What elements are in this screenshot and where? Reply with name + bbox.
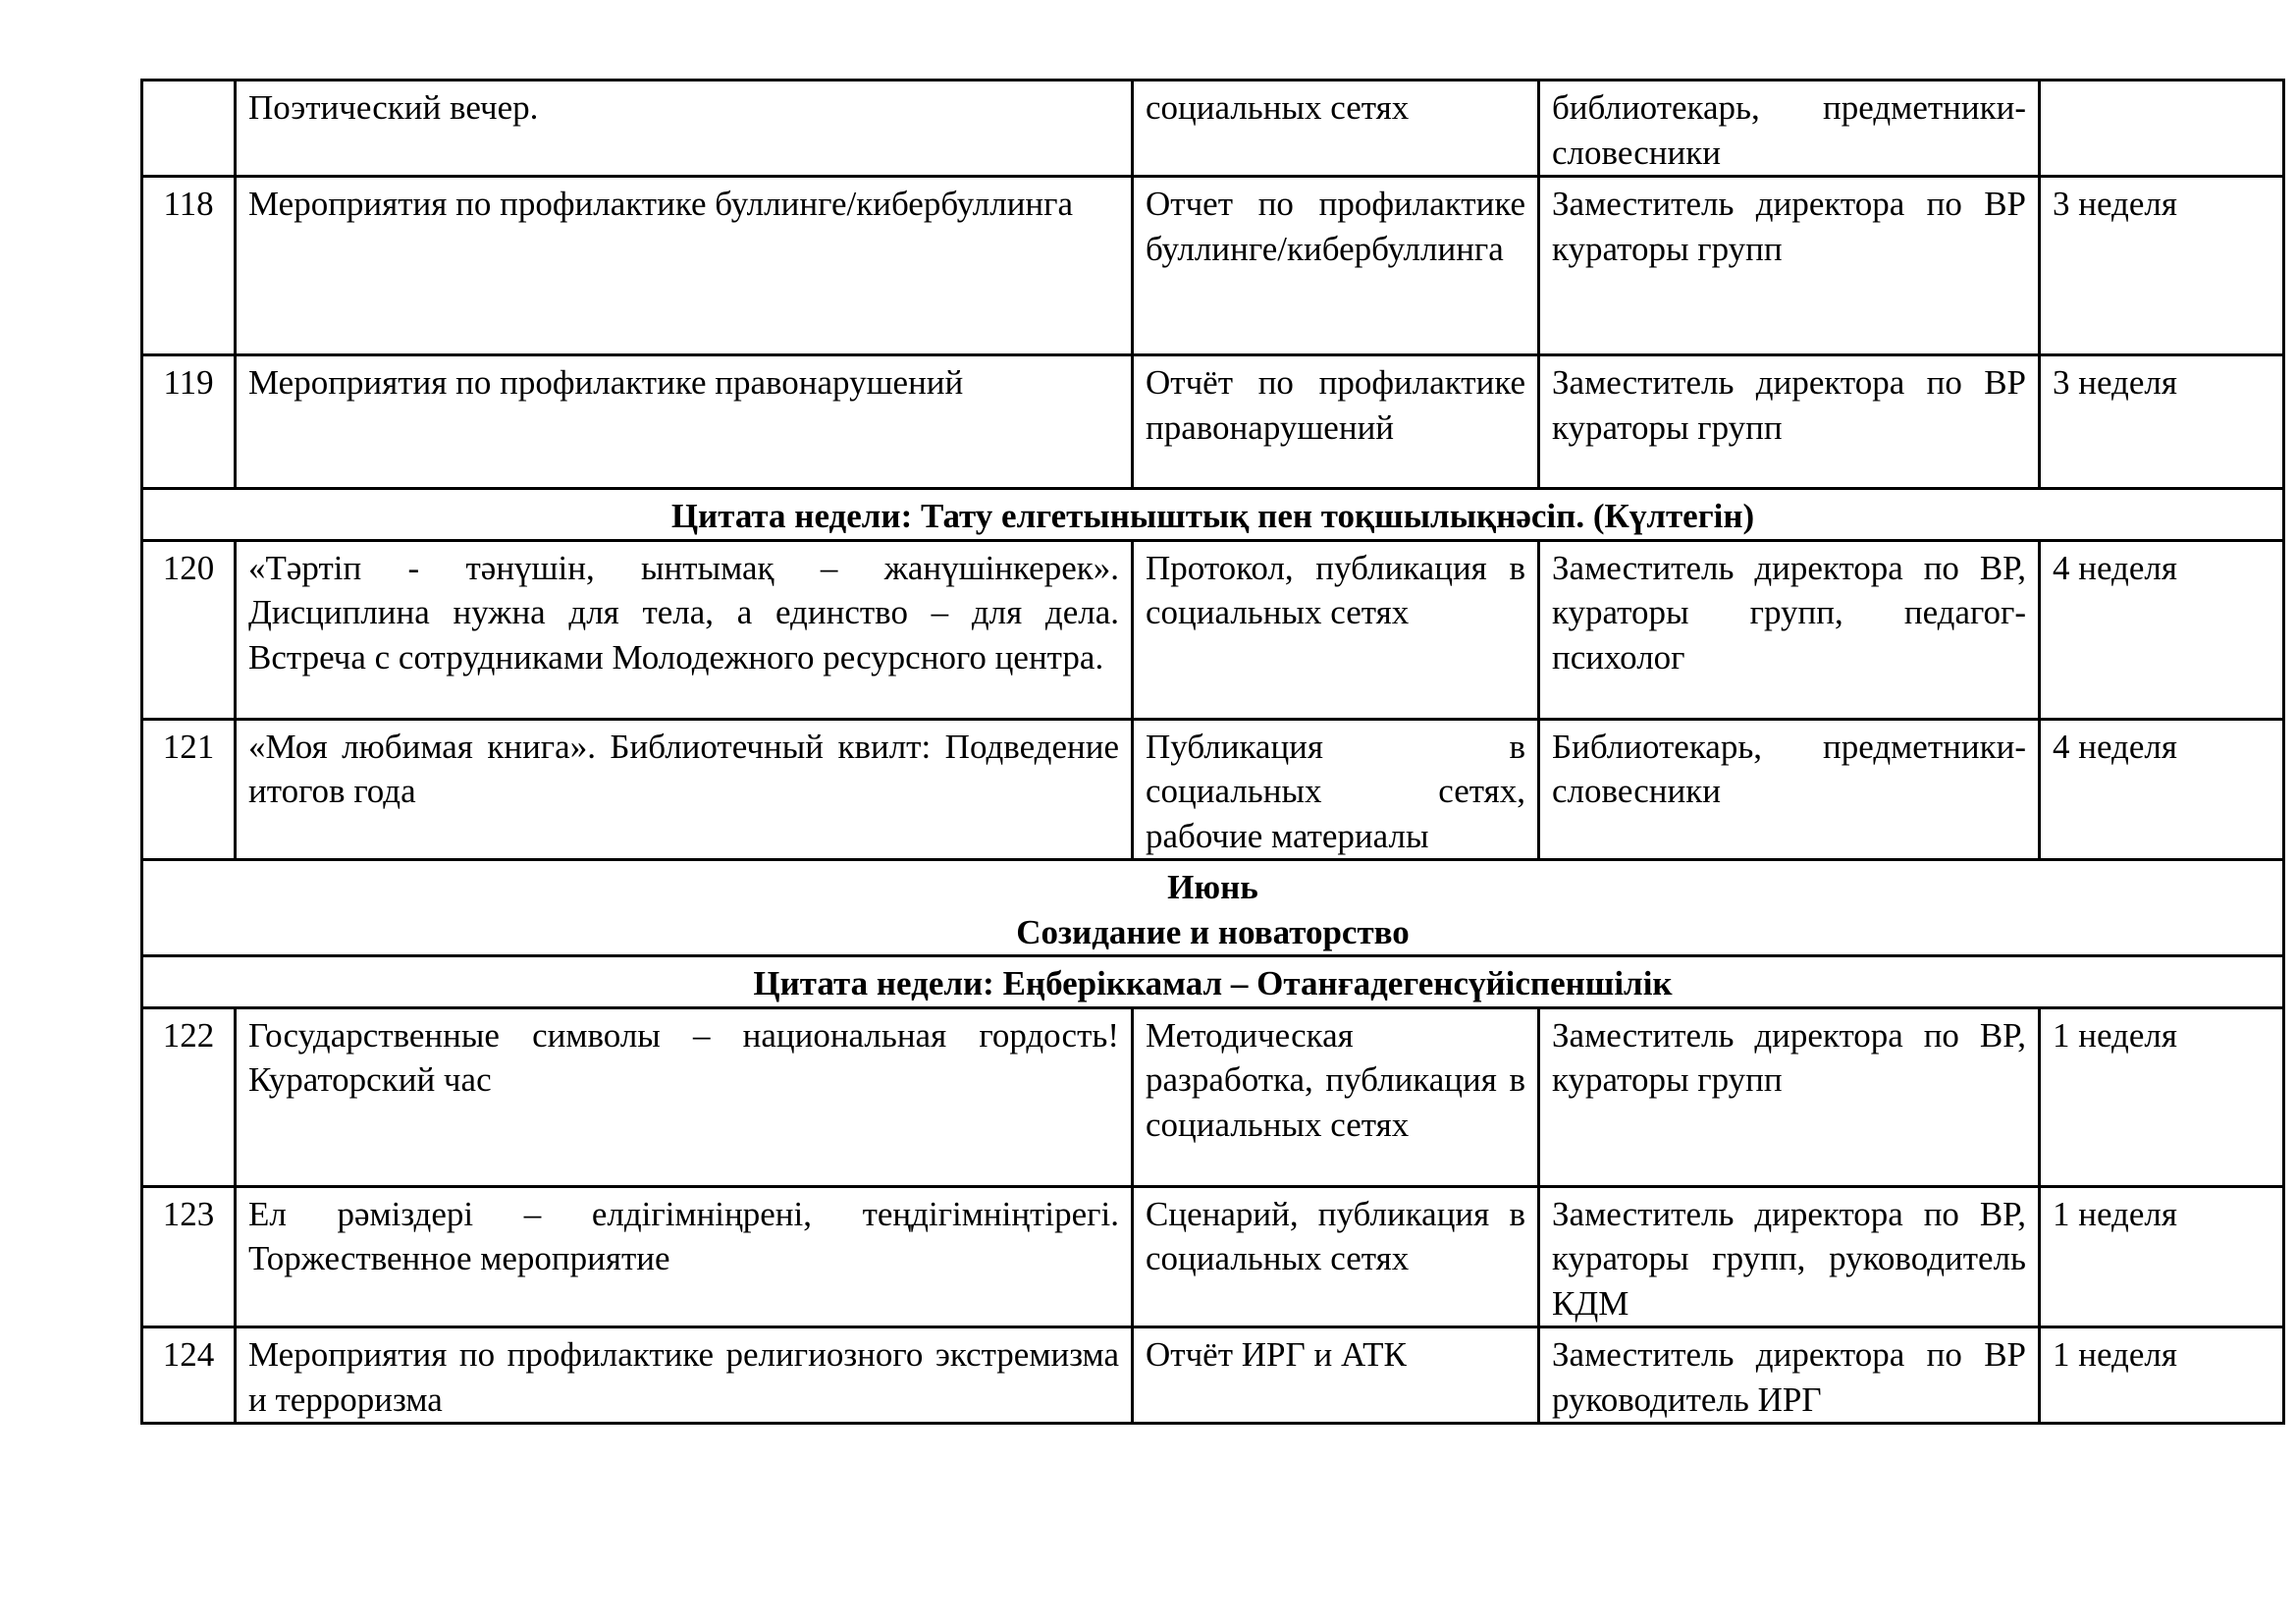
table-row: 122 Государственные символы – национальн… — [142, 1007, 2284, 1186]
form-cell: социальных сетях — [1133, 81, 1539, 177]
responsible-cell: Заместитель директора по ВР, кураторы гр… — [1539, 540, 2040, 719]
event-cell: Мероприятия по профилактике правонарушен… — [236, 355, 1133, 489]
event-cell: «Тәртіп - тәнүшін, ынтымақ – жанүшінкере… — [236, 540, 1133, 719]
table-row: 121 «Моя любимая книга». Библиотечный кв… — [142, 719, 2284, 860]
row-number — [142, 81, 236, 177]
row-number: 124 — [142, 1327, 236, 1424]
responsible-cell: Заместитель директора по ВР руководитель… — [1539, 1327, 2040, 1424]
event-cell: Мероприятия по профилактике религиозного… — [236, 1327, 1133, 1424]
table-row: 123 Ел рәміздері – елдігімніңрені, теңді… — [142, 1186, 2284, 1327]
row-number: 118 — [142, 177, 236, 355]
period-cell: 1 неделя — [2040, 1327, 2284, 1424]
month-theme: Созидание и новаторство — [155, 910, 2270, 955]
form-cell: Методическая разработка, публикация в со… — [1133, 1007, 1539, 1186]
responsible-cell: Заместитель директора по ВР, кураторы гр… — [1539, 1186, 2040, 1327]
row-number: 120 — [142, 540, 236, 719]
event-cell: Мероприятия по профилактике буллинге/киб… — [236, 177, 1133, 355]
quote-of-week: Цитата недели: Еңберіккамал – Отанғадеге… — [142, 956, 2284, 1008]
form-cell: Отчет по профилактике буллинге/кибербулл… — [1133, 177, 1539, 355]
form-cell: Отчёт по профилактике правонарушений — [1133, 355, 1539, 489]
table-row: 119 Мероприятия по профилактике правонар… — [142, 355, 2284, 489]
table-row: 124 Мероприятия по профилактике религиоз… — [142, 1327, 2284, 1424]
responsible-cell: Заместитель директора по ВР кураторы гру… — [1539, 355, 2040, 489]
form-cell: Отчёт ИРГ и АТК — [1133, 1327, 1539, 1424]
period-cell: 1 неделя — [2040, 1186, 2284, 1327]
period-cell: 3 неделя — [2040, 355, 2284, 489]
row-number: 123 — [142, 1186, 236, 1327]
form-cell: Протокол, публикация в социальных сетях — [1133, 540, 1539, 719]
responsible-cell: Заместитель директора по ВР кураторы гру… — [1539, 177, 2040, 355]
month-header: Июнь Созидание и новаторство — [142, 860, 2284, 956]
events-plan-table: Поэтический вечер. социальных сетях библ… — [140, 79, 2285, 1425]
row-number: 121 — [142, 719, 236, 860]
table-row: 118 Мероприятия по профилактике буллинге… — [142, 177, 2284, 355]
event-cell: «Моя любимая книга». Библиотечный квилт:… — [236, 719, 1133, 860]
quote-row: Цитата недели: Тату елгетыныштық пен тоқ… — [142, 489, 2284, 541]
period-cell: 1 неделя — [2040, 1007, 2284, 1186]
period-cell: 4 неделя — [2040, 719, 2284, 860]
table-row: Поэтический вечер. социальных сетях библ… — [142, 81, 2284, 177]
event-cell: Поэтический вечер. — [236, 81, 1133, 177]
event-cell: Ел рәміздері – елдігімніңрені, теңдігімн… — [236, 1186, 1133, 1327]
responsible-cell: библиотекарь, предметники-словесники — [1539, 81, 2040, 177]
event-cell: Государственные символы – национальная г… — [236, 1007, 1133, 1186]
quote-row: Цитата недели: Еңберіккамал – Отанғадеге… — [142, 956, 2284, 1008]
form-cell: Сценарий, публикация в социальных сетях — [1133, 1186, 1539, 1327]
responsible-cell: Заместитель директора по ВР, кураторы гр… — [1539, 1007, 2040, 1186]
table-row: 120 «Тәртіп - тәнүшін, ынтымақ – жанүшін… — [142, 540, 2284, 719]
month-row: Июнь Созидание и новаторство — [142, 860, 2284, 956]
period-cell — [2040, 81, 2284, 177]
responsible-cell: Библиотекарь, предметники-словесники — [1539, 719, 2040, 860]
month-name: Июнь — [155, 865, 2270, 910]
row-number: 122 — [142, 1007, 236, 1186]
period-cell: 3 неделя — [2040, 177, 2284, 355]
quote-of-week: Цитата недели: Тату елгетыныштық пен тоқ… — [142, 489, 2284, 541]
period-cell: 4 неделя — [2040, 540, 2284, 719]
form-cell: Публикация в социальных сетях, рабочие м… — [1133, 719, 1539, 860]
row-number: 119 — [142, 355, 236, 489]
